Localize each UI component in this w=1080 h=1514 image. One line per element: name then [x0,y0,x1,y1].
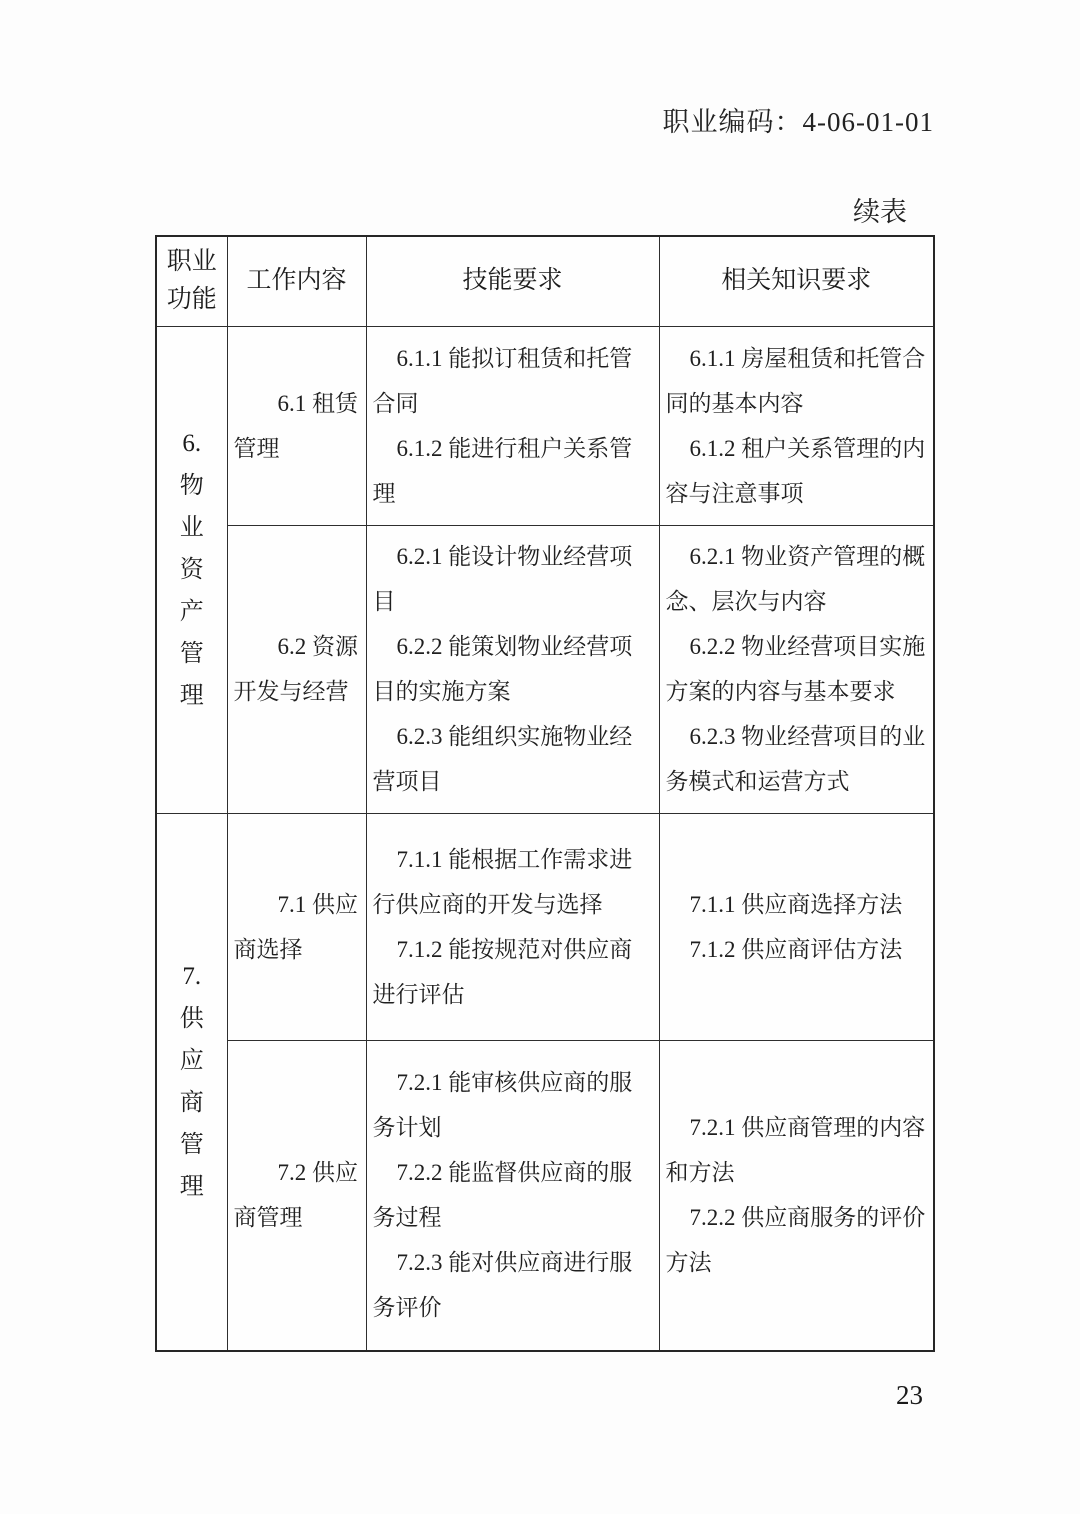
skill-item: 6.1.2 能进行租户关系管理 [373,426,653,516]
skill-item: 7.2.1 能审核供应商的服务计划 [373,1060,653,1150]
knowledge-item: 7.2.2 供应商服务的评价方法 [666,1195,928,1285]
skill-requirements-cell: 7.1.1 能根据工作需求进行供应商的开发与选择7.1.2 能按规范对供应商进行… [366,813,659,1040]
skill-list: 6.2.1 能设计物业经营项目6.2.2 能策划物业经营项目的实施方案6.2.3… [373,534,653,804]
skill-list: 7.1.1 能根据工作需求进行供应商的开发与选择7.1.2 能按规范对供应商进行… [373,837,653,1017]
knowledge-item: 7.1.1 供应商选择方法 [666,882,928,927]
knowledge-list: 6.1.1 房屋租赁和托管合同的基本内容6.1.2 租户关系管理的内容与注意事项 [666,336,928,516]
table-row: 6. 物业资产管理 6.1 租赁管理 6.1.1 能拟订租赁和托管合同6.1.2… [156,326,934,525]
function-number: 7. [157,956,227,998]
column-header-work-label: 工作内容 [246,262,346,300]
table-row: 7. 供应商管理 7.1 供应商选择 7.1.1 能根据工作需求进行供应商的开发… [156,813,934,1040]
occupation-standard-table: 职业功能 工作内容 技能要求 相关知识要求 6. 物业资产管理 6.1 租赁管理… [155,235,935,1352]
knowledge-item: 6.1.2 租户关系管理的内容与注意事项 [666,426,928,516]
skill-item: 6.1.1 能拟订租赁和托管合同 [373,336,653,426]
table-header-row: 职业功能 工作内容 技能要求 相关知识要求 [156,236,934,326]
knowledge-requirements-cell: 6.2.1 物业资产管理的概念、层次与内容6.2.2 物业经营项目实施方案的内容… [659,525,934,813]
skill-item: 7.2.2 能监督供应商的服务过程 [373,1150,653,1240]
knowledge-item: 6.1.1 房屋租赁和托管合同的基本内容 [666,336,928,426]
skill-list: 7.2.1 能审核供应商的服务计划7.2.2 能监督供应商的服务过程7.2.3 … [373,1060,653,1330]
knowledge-requirements-cell: 7.1.1 供应商选择方法7.1.2 供应商评估方法 [659,813,934,1040]
work-content-cell: 6.1 租赁管理 [227,326,366,525]
page-number: 23 [896,1380,923,1411]
skill-item: 7.2.3 能对供应商进行服务评价 [373,1240,653,1330]
skill-item: 7.1.1 能根据工作需求进行供应商的开发与选择 [373,837,653,927]
column-header-skills: 技能要求 [366,236,659,326]
table-row: 6.2 资源开发与经营 6.2.1 能设计物业经营项目6.2.2 能策划物业经营… [156,525,934,813]
column-header-skills-label: 技能要求 [462,262,562,300]
column-header-work: 工作内容 [227,236,366,326]
work-content-cell: 7.1 供应商选择 [227,813,366,1040]
skill-requirements-cell: 6.2.1 能设计物业经营项目6.2.2 能策划物业经营项目的实施方案6.2.3… [366,525,659,813]
knowledge-list: 7.1.1 供应商选择方法7.1.2 供应商评估方法 [666,882,928,972]
knowledge-list: 7.2.1 供应商管理的内容和方法7.2.2 供应商服务的评价方法 [666,1105,928,1285]
skill-item: 6.2.2 能策划物业经营项目的实施方案 [373,624,653,714]
knowledge-requirements-cell: 7.2.1 供应商管理的内容和方法7.2.2 供应商服务的评价方法 [659,1040,934,1351]
work-content-label: 7.1 供应商选择 [234,882,360,972]
work-content-label: 6.1 租赁管理 [234,381,360,471]
function-cell-6: 6. 物业资产管理 [156,326,227,813]
function-name: 物业资产管理 [179,465,205,717]
table-row: 7.2 供应商管理 7.2.1 能审核供应商的服务计划7.2.2 能监督供应商的… [156,1040,934,1351]
work-content-cell: 7.2 供应商管理 [227,1040,366,1351]
skill-item: 6.2.3 能组织实施物业经营项目 [373,714,653,804]
work-content-label: 6.2 资源开发与经营 [234,624,360,714]
knowledge-item: 6.2.3 物业经营项目的业务模式和运营方式 [666,714,928,804]
knowledge-list: 6.2.1 物业资产管理的概念、层次与内容6.2.2 物业经营项目实施方案的内容… [666,534,928,804]
knowledge-item: 7.2.1 供应商管理的内容和方法 [666,1105,928,1195]
knowledge-item: 7.1.2 供应商评估方法 [666,927,928,972]
column-header-function-label: 职业功能 [165,243,219,319]
skill-item: 7.1.2 能按规范对供应商进行评估 [373,927,653,1017]
skill-requirements-cell: 7.2.1 能审核供应商的服务计划7.2.2 能监督供应商的服务过程7.2.3 … [366,1040,659,1351]
skill-item: 6.2.1 能设计物业经营项目 [373,534,653,624]
function-number: 6. [157,423,227,465]
work-content-cell: 6.2 资源开发与经营 [227,525,366,813]
column-header-knowledge: 相关知识要求 [659,236,934,326]
knowledge-item: 6.2.1 物业资产管理的概念、层次与内容 [666,534,928,624]
function-name: 供应商管理 [179,998,205,1208]
continued-table-label: 续表 [853,190,907,229]
skill-list: 6.1.1 能拟订租赁和托管合同6.1.2 能进行租户关系管理 [373,336,653,516]
occupation-code: 职业编码：4-06-01-01 [663,100,934,139]
skill-requirements-cell: 6.1.1 能拟订租赁和托管合同6.1.2 能进行租户关系管理 [366,326,659,525]
column-header-knowledge-label: 相关知识要求 [721,262,871,300]
knowledge-requirements-cell: 6.1.1 房屋租赁和托管合同的基本内容6.1.2 租户关系管理的内容与注意事项 [659,326,934,525]
column-header-function: 职业功能 [156,236,227,326]
document-page: 职业编码：4-06-01-01 续表 职业功能 工作内容 技能要求 相关知识要求… [0,0,1080,1514]
knowledge-item: 6.2.2 物业经营项目实施方案的内容与基本要求 [666,624,928,714]
work-content-label: 7.2 供应商管理 [234,1150,360,1240]
function-cell-7: 7. 供应商管理 [156,813,227,1351]
